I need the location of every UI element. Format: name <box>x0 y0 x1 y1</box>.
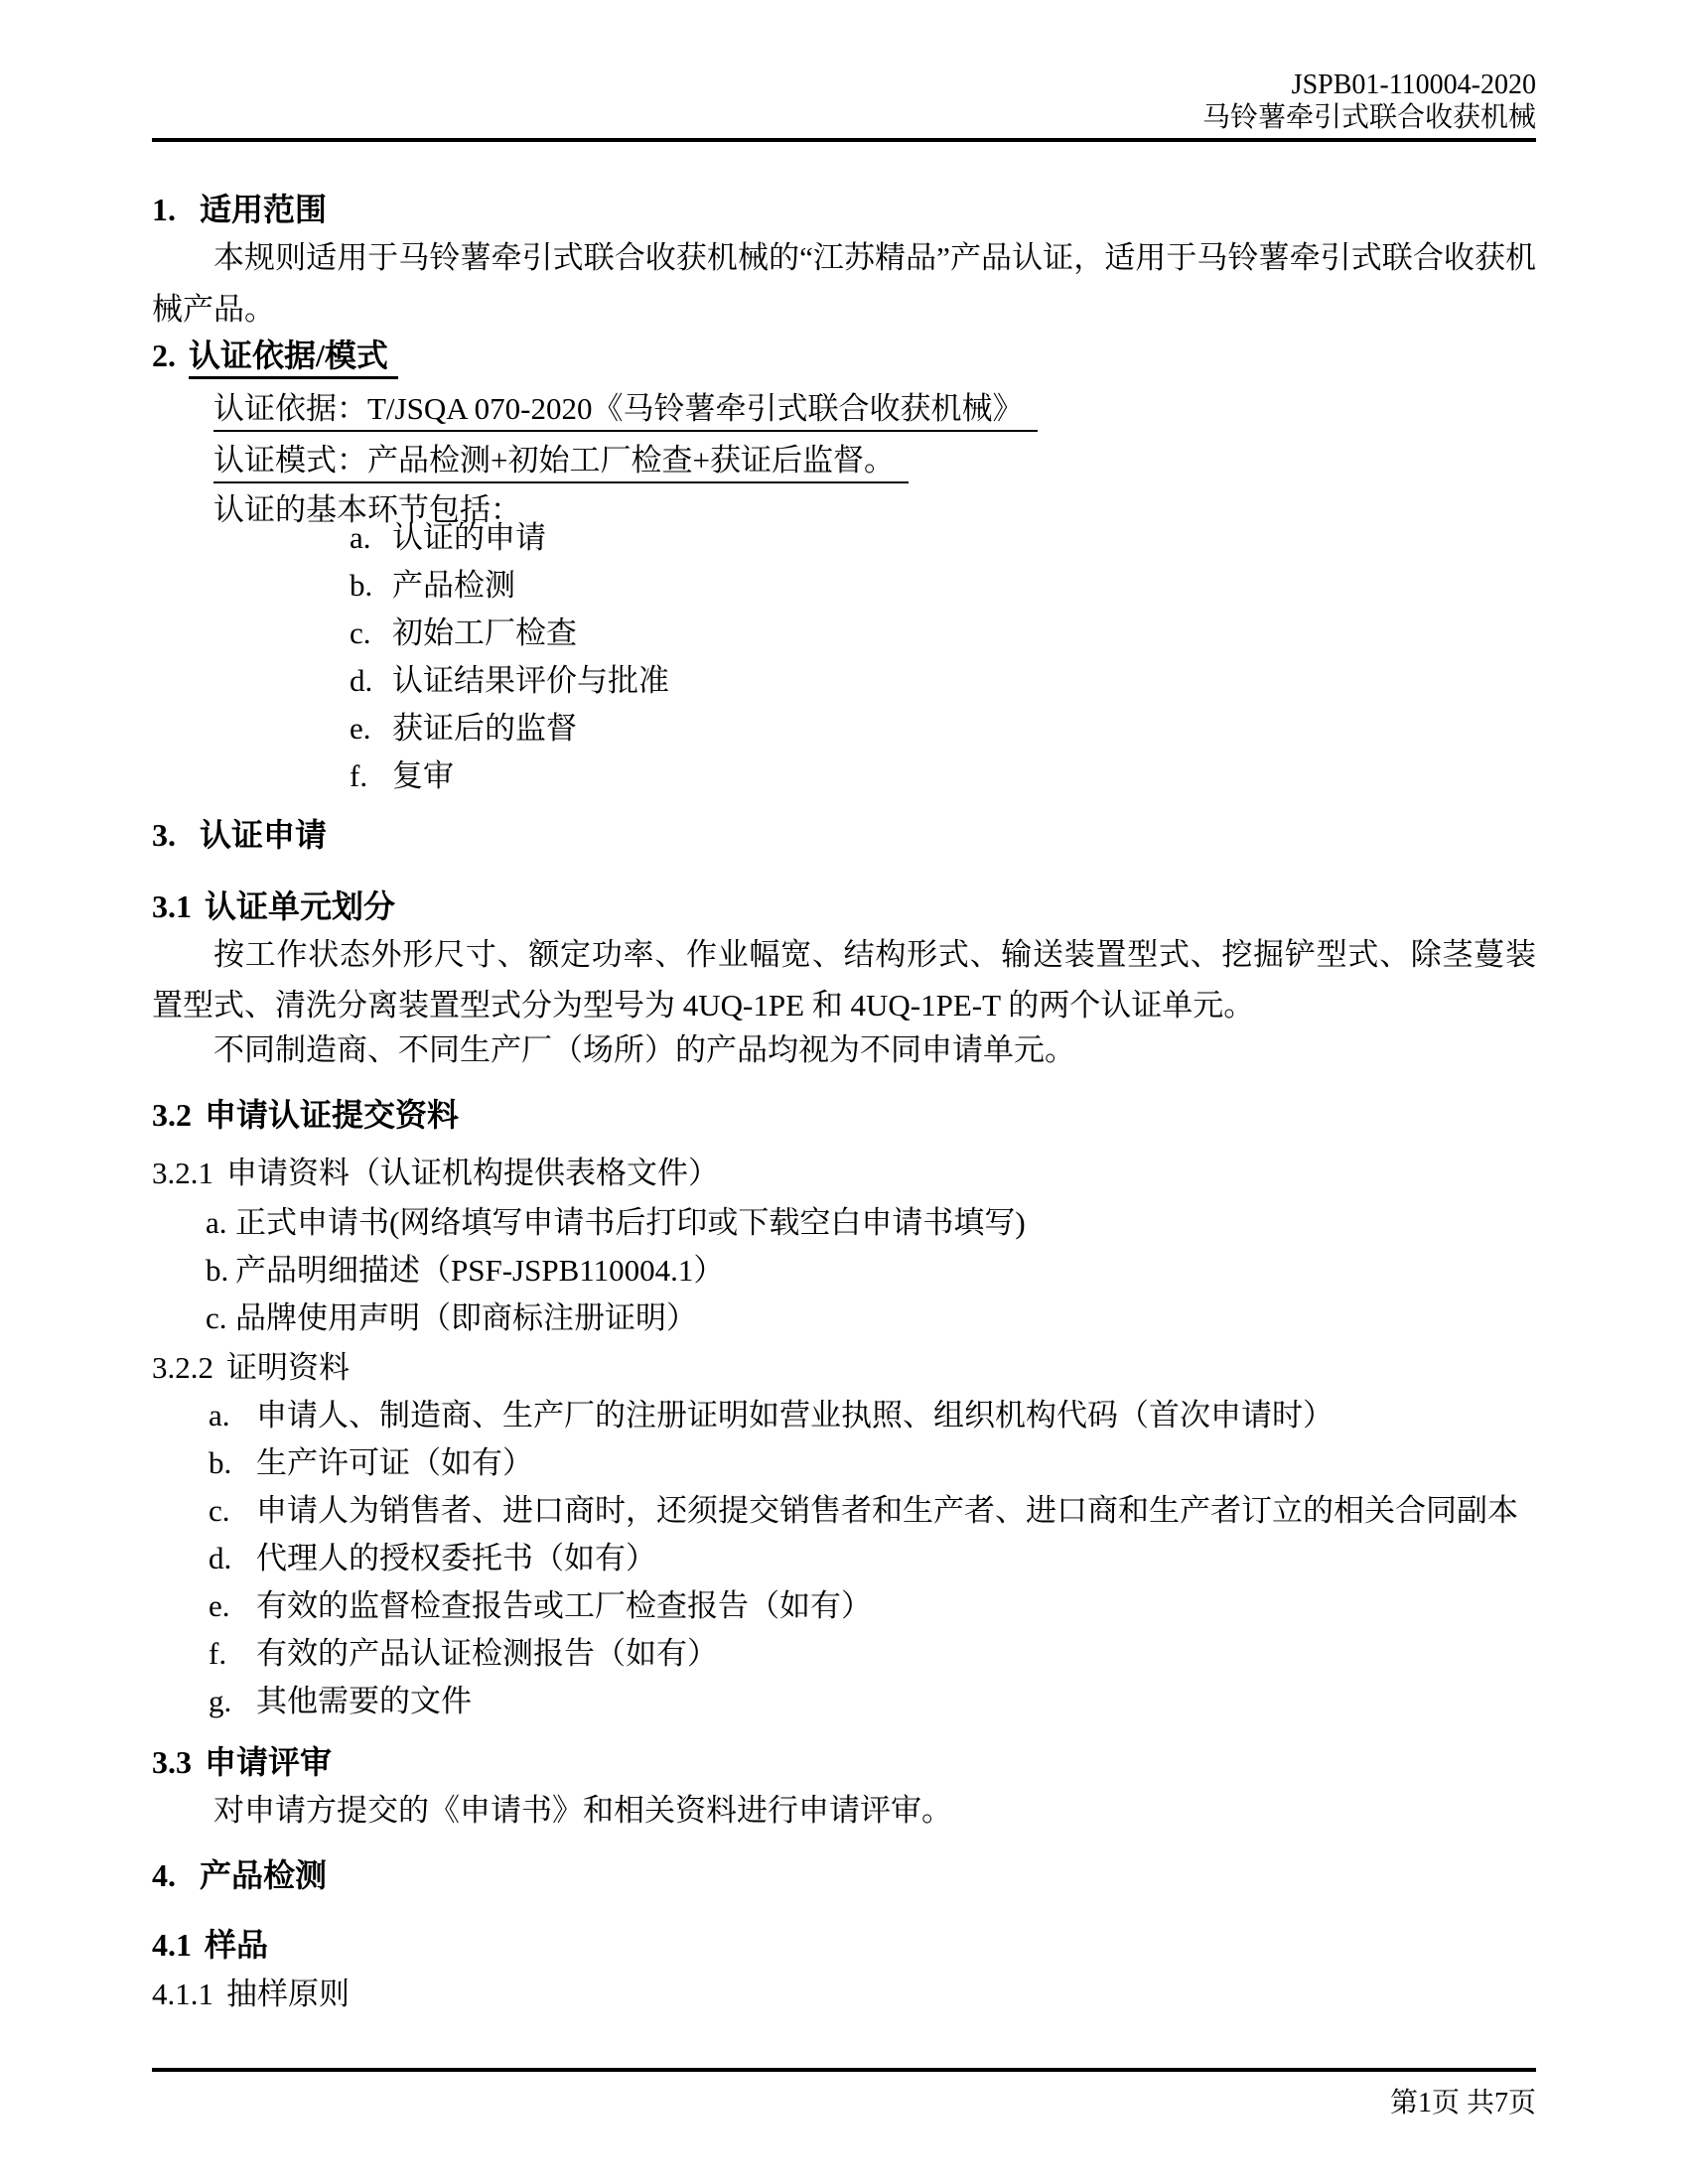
item-text: 复审 <box>392 758 454 793</box>
section-number: 1. <box>152 192 176 227</box>
application-doc-item: b.产品明细描述（PSF-JSPB110004.1） <box>206 1245 724 1290</box>
item-text: 代理人的授权委托书（如有） <box>256 1541 656 1575</box>
section-number: 3.3 <box>152 1744 192 1780</box>
item-text: 有效的监督检查报告或工厂检查报告（如有） <box>256 1588 872 1623</box>
section-4-heading: 4.产品检测 <box>152 1850 327 1896</box>
section-4-1-1-heading: 4.1.1抽样原则 <box>152 1969 350 2013</box>
section-title: 认证单元划分 <box>205 888 395 924</box>
section-title: 产品检测 <box>200 1857 327 1893</box>
section-title: 样品 <box>205 1927 268 1963</box>
item-label: a. <box>209 1398 256 1433</box>
item-text: 获证后的监督 <box>392 711 577 746</box>
proof-doc-item: g.其他需要的文件 <box>209 1676 472 1720</box>
item-text: 其他需要的文件 <box>256 1684 472 1718</box>
proof-doc-item: c.申请人为销售者、进口商时，还须提交销售者和生产者、进口商和生产者订立的相关合… <box>209 1485 1518 1530</box>
section-1-heading: 1.适用范围 <box>152 185 327 230</box>
section-3-2-2-heading: 3.2.2证明资料 <box>152 1342 350 1387</box>
section-title: 认证申请 <box>200 817 327 853</box>
section-number: 3.2.1 <box>152 1156 213 1190</box>
section-3-heading: 3.认证申请 <box>152 810 327 856</box>
item-label: g. <box>209 1684 256 1719</box>
item-text: 产品明细描述（PSF-JSPB110004.1） <box>235 1253 724 1288</box>
item-label: e. <box>350 711 392 747</box>
item-text: 申请人、制造商、生产厂的注册证明如营业执照、组织机构代码（首次申请时） <box>256 1398 1334 1433</box>
cert-step-item: a.认证的申请 <box>350 512 546 557</box>
section-1-paragraph: 本规则适用于马铃薯牵引式联合收获机械的“江苏精品”产品认证，适用于马铃薯牵引式联… <box>152 232 1536 336</box>
item-label: d. <box>209 1541 256 1576</box>
item-label: a. <box>206 1205 235 1241</box>
section-3-3-heading: 3.3申请评审 <box>152 1737 332 1783</box>
doc-code: JSPB01-110004-2020 <box>152 69 1536 101</box>
section-title: 认证依据/模式 <box>189 338 398 379</box>
cert-step-item: e.获证后的监督 <box>350 703 577 748</box>
cert-step-item: f.复审 <box>350 751 454 795</box>
section-number: 3.2 <box>152 1097 192 1133</box>
section-number: 3.2.2 <box>152 1350 213 1385</box>
section-3-2-1-heading: 3.2.1申请资料（认证机构提供表格文件） <box>152 1148 719 1192</box>
item-label: c. <box>350 615 392 651</box>
section-number: 3. <box>152 817 176 853</box>
item-text: 认证的申请 <box>392 520 546 555</box>
application-doc-item: a.正式申请书(网络填写申请书后打印或下载空白申请书填写) <box>206 1197 1026 1242</box>
item-label: f. <box>350 758 392 794</box>
item-text: 有效的产品认证检测报告（如有） <box>256 1636 718 1671</box>
section-title: 抽样原则 <box>226 1977 350 2011</box>
section-number: 4. <box>152 1857 176 1893</box>
proof-doc-item: b.生产许可证（如有） <box>209 1437 533 1482</box>
item-label: c. <box>206 1300 235 1336</box>
section-number: 4.1.1 <box>152 1977 213 2011</box>
item-text: 产品检测 <box>392 568 515 603</box>
item-text: 正式申请书(网络填写申请书后打印或下载空白申请书填写) <box>235 1205 1026 1240</box>
application-doc-item: c.品牌使用声明（即商标注册证明） <box>206 1293 697 1337</box>
item-label: b. <box>206 1253 235 1289</box>
document-page: JSPB01-110004-2020 马铃薯牵引式联合收获机械 1.适用范围 本… <box>0 0 1688 2184</box>
cert-basis-line: 认证依据：T/JSQA 070-2020《马铃薯牵引式联合收获机械》 <box>213 383 1038 428</box>
proof-doc-item: a.申请人、制造商、生产厂的注册证明如营业执照、组织机构代码（首次申请时） <box>209 1390 1334 1434</box>
item-text: 品牌使用声明（即商标注册证明） <box>235 1300 697 1335</box>
item-label: d. <box>350 663 392 699</box>
section-3-2-heading: 3.2申请认证提交资料 <box>152 1090 459 1136</box>
cert-step-item: d.认证结果评价与批准 <box>350 655 669 700</box>
section-number: 4.1 <box>152 1927 192 1963</box>
item-label: f. <box>209 1636 256 1672</box>
item-label: e. <box>209 1588 256 1624</box>
item-label: b. <box>209 1445 256 1481</box>
section-3-1-paragraph: 按工作状态外形尺寸、额定功率、作业幅宽、结构形式、输送装置型式、挖掘铲型式、除茎… <box>152 929 1536 1030</box>
section-title: 证明资料 <box>226 1350 350 1385</box>
page-number: 第1页 共7页 <box>152 2081 1536 2120</box>
doc-product-title: 马铃薯牵引式联合收获机械 <box>152 102 1536 134</box>
cert-step-item: b.产品检测 <box>350 560 515 605</box>
footer-rule <box>152 2068 1536 2072</box>
item-label: c. <box>209 1493 256 1529</box>
item-text: 初始工厂检查 <box>392 615 577 650</box>
section-title: 适用范围 <box>200 192 327 227</box>
section-3-1-heading: 3.1认证单元划分 <box>152 882 395 927</box>
section-3-1-paragraph: 不同制造商、不同生产厂（场所）的产品均视为不同申请单元。 <box>152 1030 1536 1070</box>
section-number: 3.1 <box>152 888 192 924</box>
proof-doc-item: d.代理人的授权委托书（如有） <box>209 1533 656 1577</box>
section-title: 申请评审 <box>205 1744 332 1780</box>
section-title: 申请资料（认证机构提供表格文件） <box>226 1156 719 1190</box>
cert-basis-text: 认证依据：T/JSQA 070-2020《马铃薯牵引式联合收获机械》 <box>213 391 1038 432</box>
header-rule <box>152 138 1536 142</box>
section-4-1-heading: 4.1样品 <box>152 1920 268 1966</box>
section-3-3-paragraph: 对申请方提交的《申请书》和相关资料进行申请评审。 <box>152 1791 1536 1831</box>
cert-mode-line: 认证模式：产品检测+初始工厂检查+获证后监督。 <box>213 435 909 479</box>
cert-step-item: c.初始工厂检查 <box>350 608 577 652</box>
section-number: 2. <box>152 338 176 373</box>
proof-doc-item: e.有效的监督检查报告或工厂检查报告（如有） <box>209 1580 872 1625</box>
item-text: 认证结果评价与批准 <box>392 663 669 698</box>
item-label: b. <box>350 568 392 604</box>
item-text: 申请人为销售者、进口商时，还须提交销售者和生产者、进口商和生产者订立的相关合同副… <box>256 1493 1518 1528</box>
item-label: a. <box>350 520 392 556</box>
proof-doc-item: f.有效的产品认证检测报告（如有） <box>209 1628 718 1673</box>
section-title: 申请认证提交资料 <box>205 1097 459 1133</box>
item-text: 生产许可证（如有） <box>256 1445 533 1480</box>
cert-mode-text: 认证模式：产品检测+初始工厂检查+获证后监督。 <box>213 443 909 483</box>
section-2-heading: 2.认证依据/模式 <box>152 331 398 376</box>
